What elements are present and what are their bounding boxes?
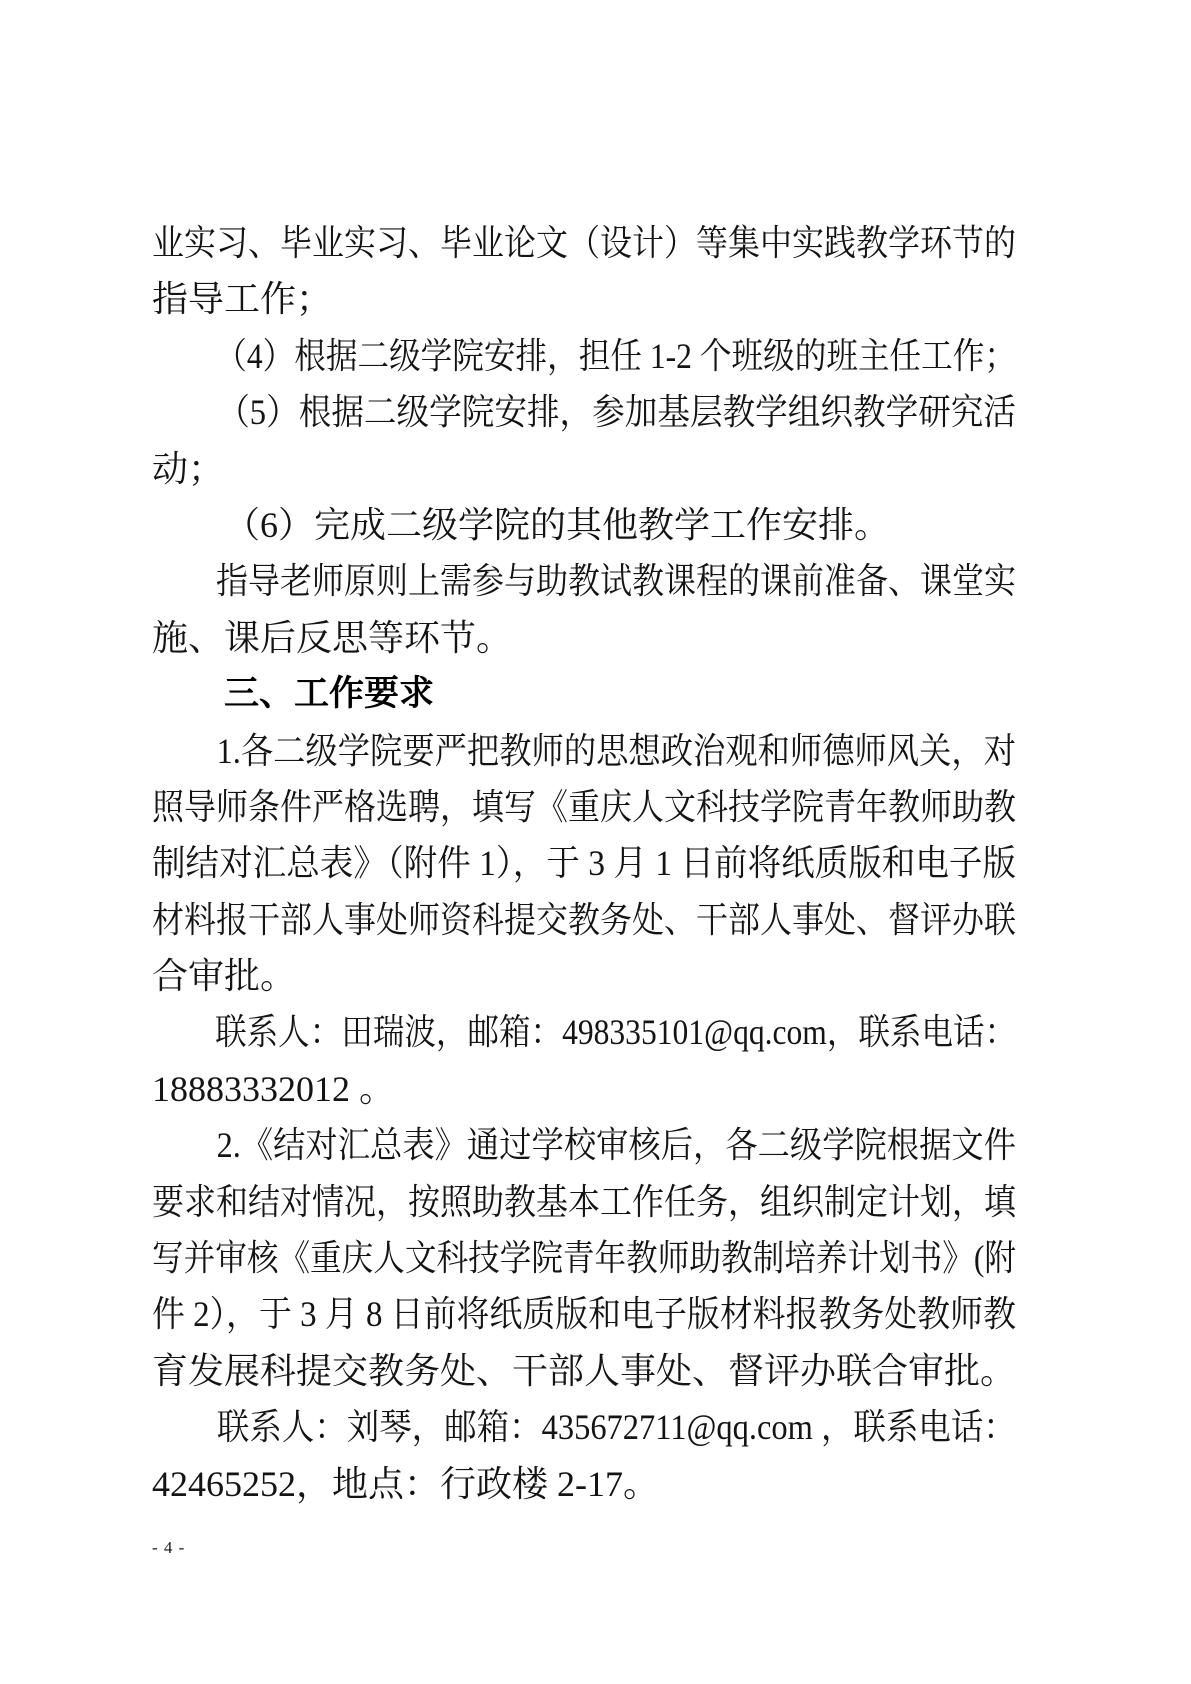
text-line: 合审批。 bbox=[152, 948, 1016, 1004]
text-line: 材料报干部人事处师资科提交教务处、干部人事处、督评办联 bbox=[152, 892, 920, 948]
document-page: 业实习、毕业实习、毕业论文（设计）等集中实践教学环节的指导工作；（4）根据二级学… bbox=[0, 0, 1191, 1684]
text-line: 联系人：刘琴，邮箱：435672711@qq.com ，联系电话： bbox=[152, 1399, 931, 1455]
text-line: 动； bbox=[152, 441, 1016, 497]
text-line: 1.各二级学院要严把教师的思想政治观和师德师风关，对 bbox=[152, 723, 927, 779]
text-line: 业实习、毕业实习、毕业论文（设计）等集中实践教学环节的 bbox=[152, 215, 920, 271]
text-block: 业实习、毕业实习、毕业论文（设计）等集中实践教学环节的指导工作；（4）根据二级学… bbox=[152, 215, 1016, 1512]
text-line: 育发展科提交教务处、干部人事处、督评办联合审批。 bbox=[152, 1343, 1016, 1399]
text-line: 指导工作； bbox=[152, 271, 1016, 327]
section-heading: 三、工作要求 bbox=[152, 666, 1016, 722]
text-line: 施、课后反思等环节。 bbox=[152, 610, 1016, 666]
text-line: 写并审核《重庆人文科技学院青年教师助教制培养计划书》(附 bbox=[152, 1230, 911, 1286]
text-line: 指导老师原则上需参与助教试教课程的课前准备、课堂实 bbox=[152, 553, 920, 609]
text-line: （6）完成二级学院的其他教学工作安排。 bbox=[152, 497, 1016, 553]
text-line: 42465252，地点：行政楼 2-17。 bbox=[152, 1456, 1016, 1512]
text-line: 照导师条件严格选聘，填写《重庆人文科技学院青年教师助教 bbox=[152, 779, 920, 835]
text-line: 件 2），于 3 月 8 日前将纸质版和电子版材料报教务处教师教 bbox=[152, 1286, 942, 1342]
text-line: 2.《结对汇总表》通过学校审核后，各二级学院根据文件 bbox=[152, 1117, 927, 1173]
text-line: 制结对汇总表》（附件 1），于 3 月 1 日前将纸质版和电子版 bbox=[152, 835, 957, 891]
text-line: 联系人：田瑞波，邮箱：498335101@qq.com，联系电话： bbox=[152, 1004, 909, 1060]
text-line: 18883332012 。 bbox=[152, 1061, 1016, 1117]
text-line: 要求和结对情况，按照助教基本工作任务，组织制定计划，填 bbox=[152, 1174, 920, 1230]
text-line: （5）根据二级学院安排，参加基层教学组织教学研究活 bbox=[152, 384, 934, 440]
text-line: （4）根据二级学院安排，担任 1-2 个班级的班主任工作； bbox=[152, 328, 911, 384]
page-number: - 4 - bbox=[152, 1538, 185, 1558]
